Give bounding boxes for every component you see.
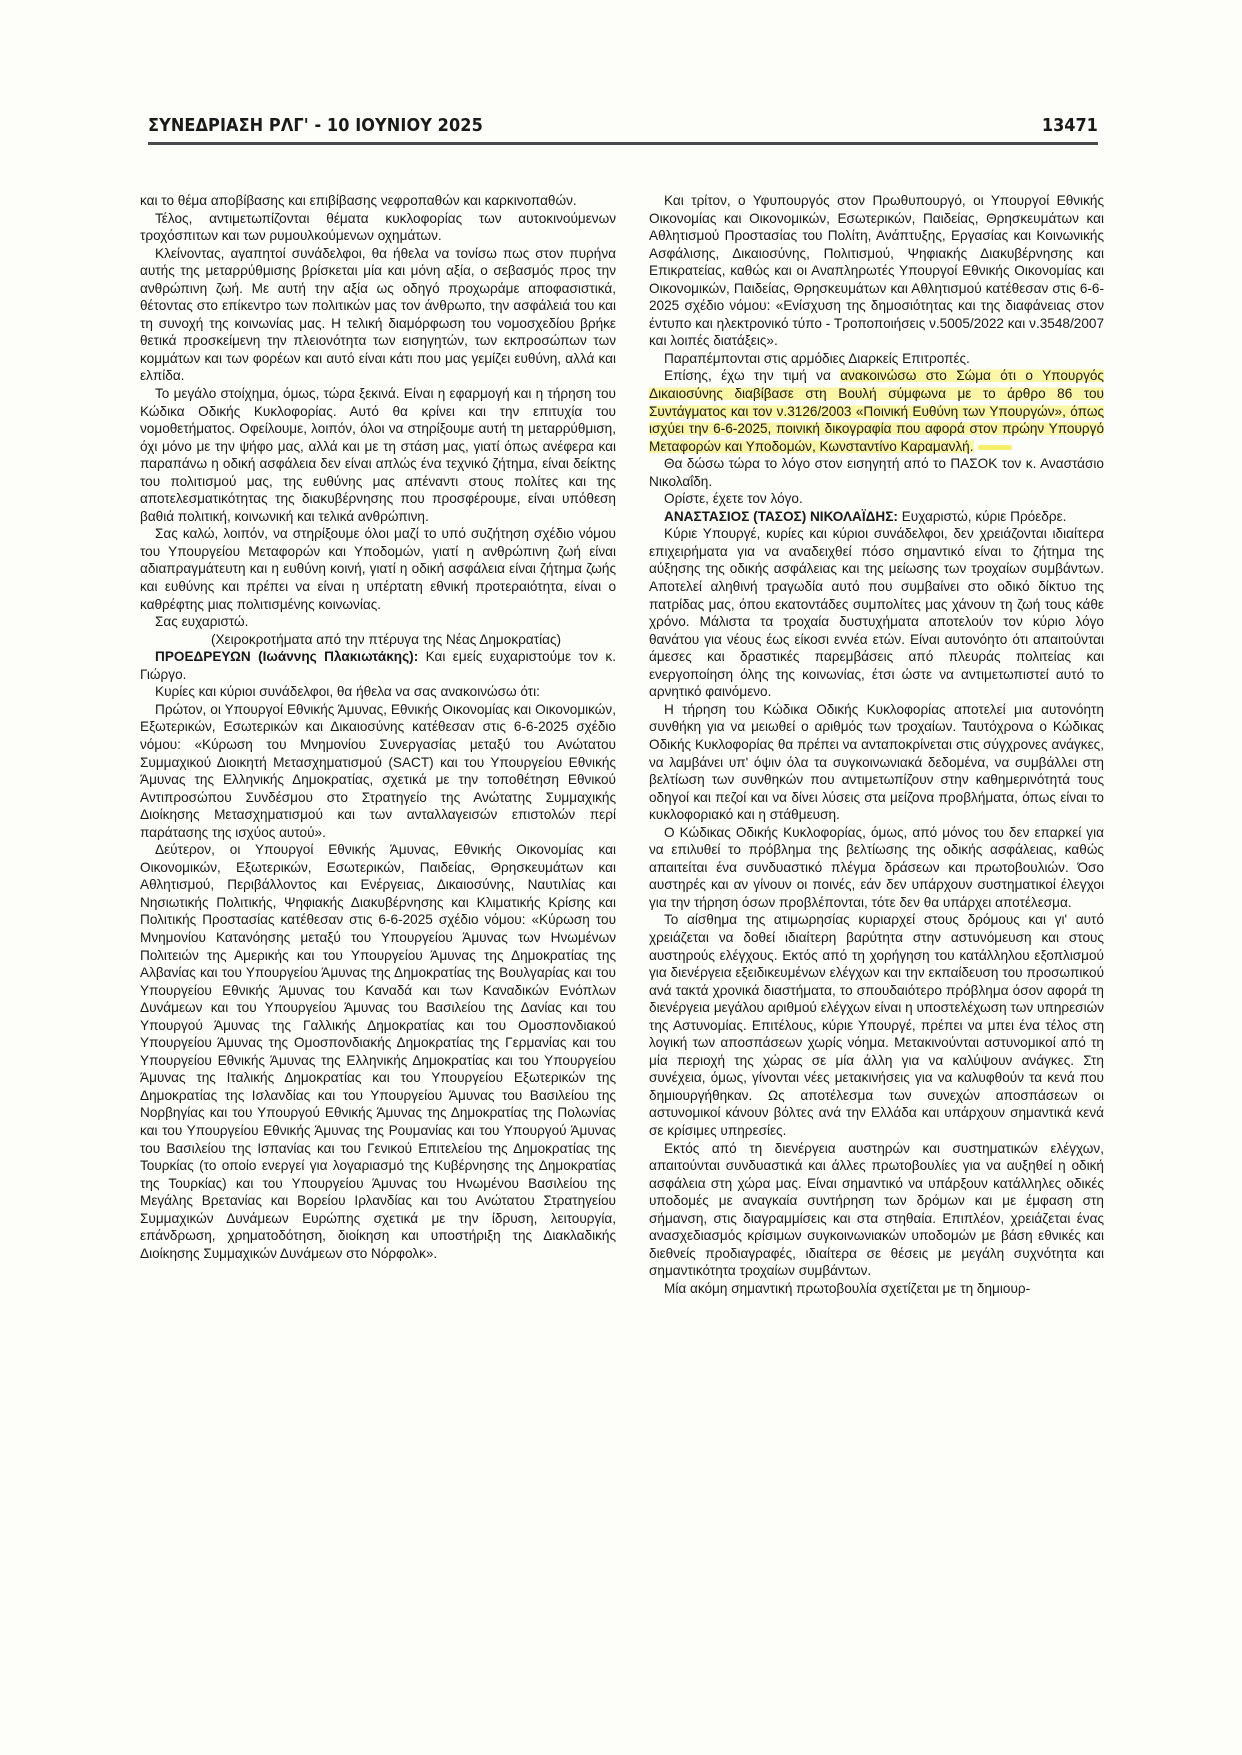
- speaker-name: ΠΡΟΕΔΡΕΥΩΝ (Ιωάννης Πλακιωτάκης):: [155, 649, 418, 664]
- paragraph: Κύριε Υπουργέ, κυρίες και κύριοι συνάδελ…: [649, 525, 1104, 700]
- paragraph: Δεύτερον, οι Υπουργοί Εθνικής Άμυνας, Εθ…: [140, 841, 616, 1262]
- paragraph: Το αίσθημα της ατιμωρησίας κυριαρχεί στο…: [649, 911, 1104, 1139]
- header-rule: [148, 142, 1098, 145]
- page-header: ΣΥΝΕΔΡΙΑΣΗ ΡΛΓ' - 10 ΙΟΥΝΙΟΥ 2025 13471: [148, 114, 1098, 144]
- chair-remark: ΠΡΟΕΔΡΕΥΩΝ (Ιωάννης Πλακιωτάκης): Και εμ…: [140, 648, 616, 683]
- speaker-name: ΑΝΑΣΤΑΣΙΟΣ (ΤΑΣΟΣ) ΝΙΚΟΛΑΪΔΗΣ:: [664, 509, 898, 524]
- session-title: ΣΥΝΕΔΡΙΑΣΗ ΡΛΓ' - 10 ΙΟΥΝΙΟΥ 2025: [148, 116, 483, 136]
- paragraph: Σας καλώ, λοιπόν, να στηρίξουμε όλοι μαζ…: [140, 525, 616, 613]
- applause-note: (Χειροκροτήματα από την πτέρυγα της Νέας…: [140, 631, 616, 649]
- speaker-remark: ΑΝΑΣΤΑΣΙΟΣ (ΤΑΣΟΣ) ΝΙΚΟΛΑΪΔΗΣ: Ευχαριστώ…: [649, 508, 1104, 526]
- paragraph: Εκτός από τη διενέργεια αυστηρών και συσ…: [649, 1140, 1104, 1280]
- paragraph: Σας ευχαριστώ.: [140, 613, 616, 631]
- paragraph: Θα δώσω τώρα το λόγο στον εισηγητή από τ…: [649, 455, 1104, 490]
- paragraph: Ο Κώδικας Οδικής Κυκλοφορίας, όμως, από …: [649, 824, 1104, 912]
- paragraph: Το μεγάλο στοίχημα, όμως, τώρα ξεκινά. Ε…: [140, 385, 616, 525]
- highlighted-announcement: Επίσης, έχω την τιμή να ανακοινώσω στο Σ…: [649, 367, 1104, 455]
- left-column: και το θέμα αποβίβασης και επιβίβασης νε…: [140, 192, 616, 1262]
- page-number: 13471: [1042, 116, 1098, 136]
- paragraph: Η τήρηση του Κώδικα Οδικής Κυκλοφορίας α…: [649, 701, 1104, 824]
- paragraph: Παραπέμπονται στις αρμόδιες Διαρκείς Επι…: [649, 350, 1104, 368]
- paragraph: Κυρίες και κύριοι συνάδελφοι, θα ήθελα ν…: [140, 683, 616, 701]
- paragraph: και το θέμα αποβίβασης και επιβίβασης νε…: [140, 192, 616, 210]
- speaker-text: Ευχαριστώ, κύριε Πρόεδρε.: [898, 509, 1067, 524]
- paragraph: Μία ακόμη σημαντική πρωτοβουλία σχετίζετ…: [649, 1280, 1104, 1298]
- highlight-prefix: Επίσης, έχω την τιμή να: [664, 368, 840, 383]
- paragraph: Και τρίτον, ο Υφυπουργός στον Πρωθυπουργ…: [649, 192, 1104, 350]
- right-column: Και τρίτον, ο Υφυπουργός στον Πρωθυπουργ…: [649, 192, 1104, 1297]
- paragraph: Ορίστε, έχετε τον λόγο.: [649, 490, 1104, 508]
- paragraph: Τέλος, αντιμετωπίζονται θέματα κυκλοφορί…: [140, 210, 616, 245]
- paragraph: Πρώτον, οι Υπουργοί Εθνικής Άμυνας, Εθνι…: [140, 701, 616, 841]
- paragraph: Κλείνοντας, αγαπητοί συνάδελφοι, θα ήθελ…: [140, 245, 616, 385]
- highlighter-mark: [978, 445, 1012, 450]
